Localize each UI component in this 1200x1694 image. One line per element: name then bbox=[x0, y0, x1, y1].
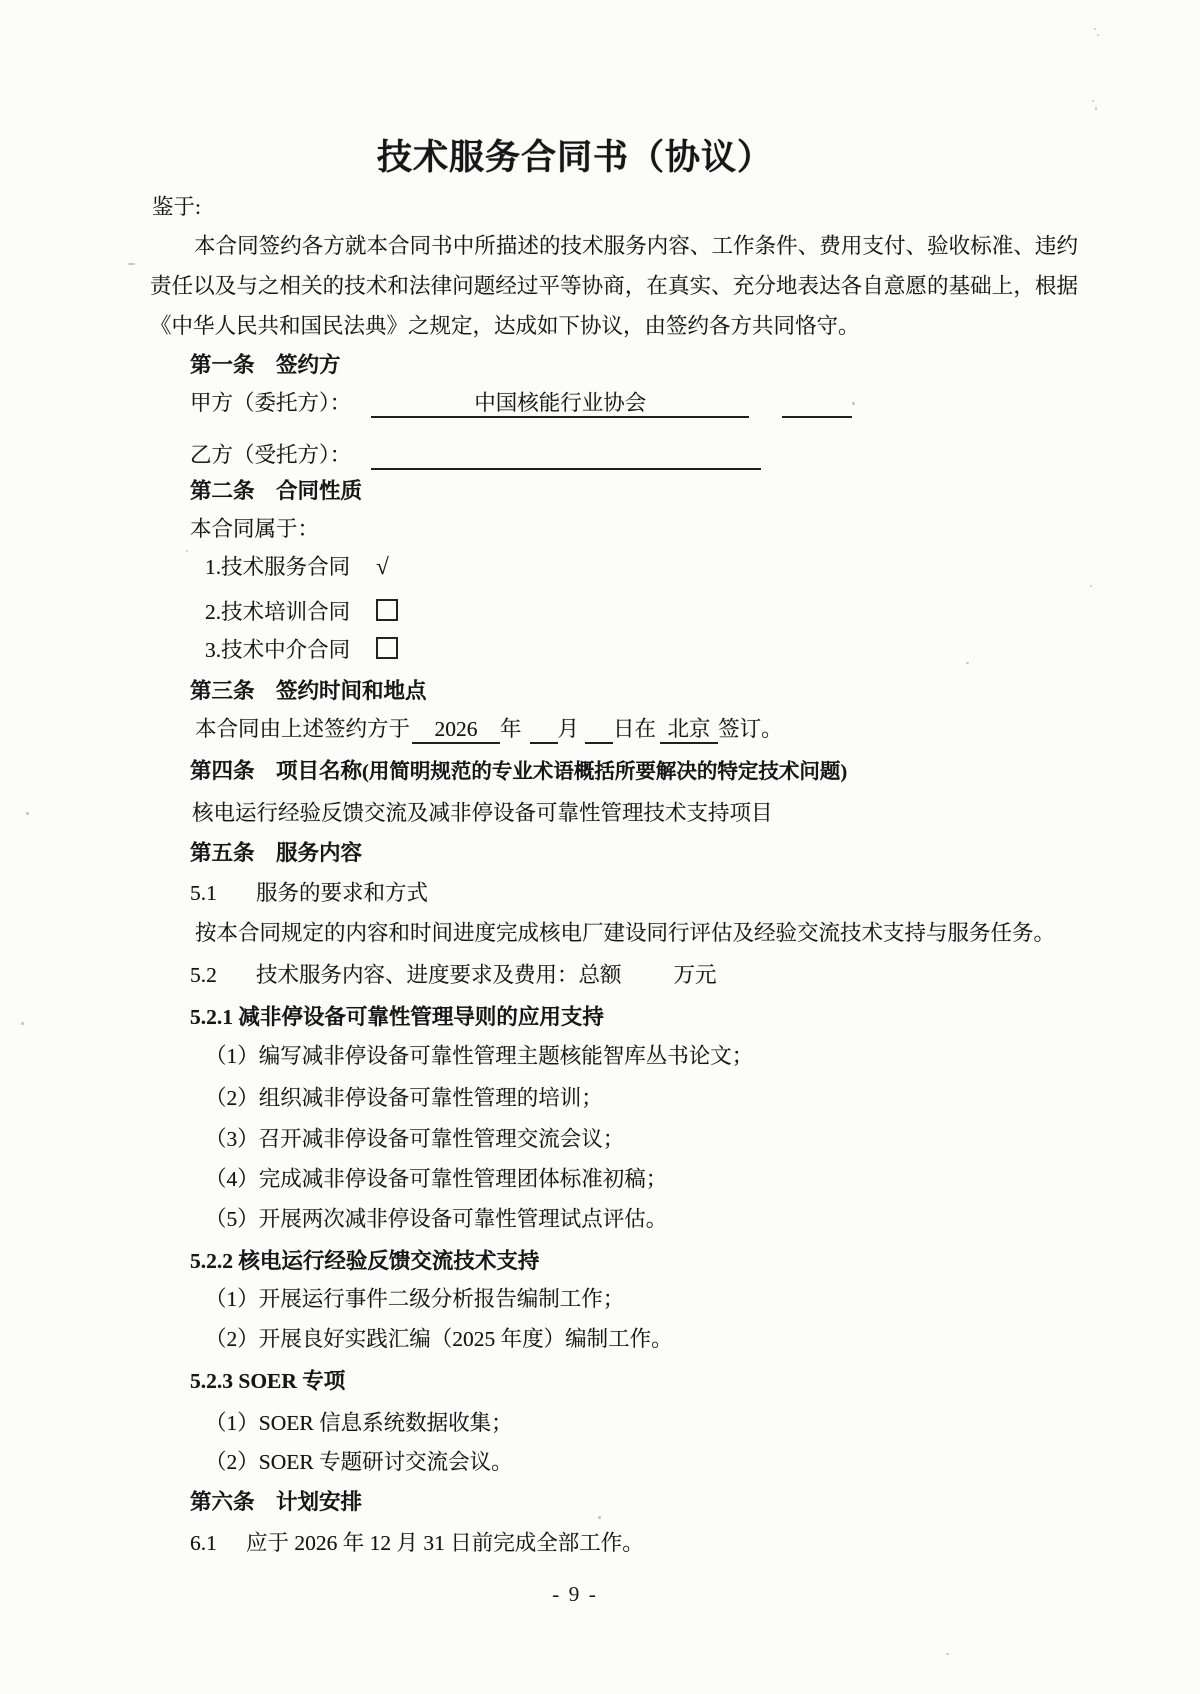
section-5-2-3-heading: 5.2.3 SOER 专项 bbox=[190, 1366, 345, 1396]
article4-heading: 第四条 项目名称 bbox=[190, 759, 362, 783]
amount-unit: 万元 bbox=[674, 963, 717, 987]
scan-speck bbox=[128, 263, 135, 265]
checkbox-icon bbox=[376, 637, 398, 659]
day-field bbox=[585, 714, 613, 744]
section-number: 5.1 bbox=[190, 878, 256, 908]
party-a-field-extra-line bbox=[782, 388, 852, 418]
list-item: （3）召开减非停设备可靠性管理交流会议； bbox=[205, 1124, 624, 1154]
scan-speck bbox=[1090, 585, 1092, 587]
scan-speck bbox=[1094, 28, 1096, 30]
section-5-2-1-heading: 5.2.1 减非停设备可靠性管理导则的应用支持 bbox=[190, 1002, 604, 1032]
article4-heading-note: (用简明规范的专业术语概括所要解决的特定技术问题) bbox=[362, 761, 847, 783]
option-label: 1.技术服务合同 bbox=[205, 555, 350, 579]
month-field bbox=[530, 714, 558, 744]
contract-type-option-3: 3.技术中介合同 bbox=[205, 635, 398, 665]
option-label: 2.技术培训合同 bbox=[205, 600, 350, 624]
section-text: 应于 2026 年 12 月 31 日前完成全部工作。 bbox=[246, 1531, 644, 1555]
list-item: （2）开展良好实践汇编（2025 年度）编制工作。 bbox=[205, 1324, 673, 1354]
section-5-1-row: 5.1服务的要求和方式 bbox=[190, 878, 428, 908]
article5-heading: 第五条 服务内容 bbox=[190, 838, 362, 868]
year-label: 年 bbox=[500, 717, 522, 741]
section-number: 5.2 bbox=[190, 960, 256, 990]
article4-heading-row: 第四条 项目名称(用简明规范的专业术语概括所要解决的特定技术问题) bbox=[190, 756, 847, 787]
list-item: （5）开展两次减非停设备可靠性管理试点评估。 bbox=[205, 1204, 667, 1234]
party-b-label: 乙方（受托方）： bbox=[190, 443, 351, 467]
checkbox-icon bbox=[376, 599, 398, 621]
scan-speck bbox=[852, 402, 855, 405]
party-a-field: 中国核能行业协会 bbox=[371, 388, 749, 418]
section-6-1-row: 6.1应于 2026 年 12 月 31 日前完成全部工作。 bbox=[190, 1528, 644, 1558]
place-field: 北京 bbox=[660, 714, 718, 744]
section-title: 服务的要求和方式 bbox=[256, 881, 428, 905]
scan-speck bbox=[21, 1022, 24, 1025]
party-a-value: 中国核能行业协会 bbox=[474, 391, 646, 415]
checkmark-icon: √ bbox=[376, 552, 389, 582]
contract-page-scan: 技术服务合同书（协议） 鉴于: 本合同签约各方就本合同书中所描述的技术服务内容、… bbox=[0, 0, 1200, 1694]
year-field: 2026 bbox=[412, 714, 500, 744]
list-item: （1）开展运行事件二级分析报告编制工作； bbox=[205, 1284, 624, 1314]
scan-speck bbox=[1095, 107, 1097, 110]
scan-speck bbox=[186, 550, 188, 552]
contract-type-option-2: 2.技术培训合同 bbox=[205, 597, 398, 627]
page-content: 技术服务合同书（协议） 鉴于: 本合同签约各方就本合同书中所描述的技术服务内容、… bbox=[0, 0, 1150, 1694]
signing-date-row: 本合同由上述签约方于2026年月日在北京签订。 bbox=[195, 714, 783, 744]
document-title: 技术服务合同书（协议） bbox=[0, 130, 1150, 180]
contract-type-option-1: 1.技术服务合同√ bbox=[205, 552, 389, 582]
list-item: （1）SOER 信息系统数据收集； bbox=[205, 1408, 513, 1438]
signing-date-suffix: 签订。 bbox=[718, 717, 783, 741]
day-label: 日在 bbox=[613, 717, 656, 741]
list-item: （2）SOER 专题研讨交流会议。 bbox=[205, 1447, 513, 1477]
list-item: （2）组织减非停设备可靠性管理的培训； bbox=[205, 1083, 603, 1113]
list-item: （1）编写减非停设备可靠性管理主题核能智库丛书论文； bbox=[205, 1041, 753, 1071]
preamble-paragraph: 本合同签约各方就本合同书中所描述的技术服务内容、工作条件、费用支付、验收标准、违… bbox=[150, 226, 1078, 346]
scan-speck bbox=[1097, 34, 1099, 36]
article1-heading: 第一条 签约方 bbox=[190, 350, 341, 380]
list-item: （4）完成减非停设备可靠性管理团体标准初稿； bbox=[205, 1164, 667, 1194]
party-a-row: 甲方（委托方）：中国核能行业协会 bbox=[190, 388, 852, 418]
party-b-field bbox=[371, 440, 761, 470]
section-number: 6.1 bbox=[190, 1528, 246, 1558]
whereas-label: 鉴于: bbox=[152, 192, 201, 222]
scan-speck bbox=[598, 1516, 601, 1519]
scan-speck bbox=[26, 812, 29, 815]
article2-heading: 第二条 合同性质 bbox=[190, 476, 362, 506]
page-number: - 9 - bbox=[0, 1582, 1150, 1607]
article3-heading: 第三条 签约时间和地点 bbox=[190, 676, 427, 706]
party-a-label: 甲方（委托方）： bbox=[190, 391, 351, 415]
section-5-2-row: 5.2技术服务内容、进度要求及费用：总额万元 bbox=[190, 960, 717, 990]
scan-speck bbox=[966, 662, 969, 664]
section-title: 技术服务内容、进度要求及费用：总额 bbox=[256, 963, 622, 987]
place-value: 北京 bbox=[668, 717, 711, 741]
option-label: 3.技术中介合同 bbox=[205, 638, 350, 662]
signing-date-prefix: 本合同由上述签约方于 bbox=[195, 717, 410, 741]
year-value: 2026 bbox=[435, 717, 478, 741]
scan-speck bbox=[1092, 100, 1094, 102]
section-5-1-body: 按本合同规定的内容和时间进度完成核电厂建设同行评估及经验交流技术支持与服务任务。 bbox=[195, 918, 1055, 948]
section-5-2-2-heading: 5.2.2 核电运行经验反馈交流技术支持 bbox=[190, 1246, 539, 1276]
project-name: 核电运行经验反馈交流及减非停设备可靠性管理技术支持项目 bbox=[192, 798, 773, 828]
party-b-row: 乙方（受托方）： bbox=[190, 440, 761, 470]
scan-speck bbox=[946, 1653, 949, 1655]
month-label: 月 bbox=[558, 717, 580, 741]
contract-type-intro: 本合同属于： bbox=[190, 514, 319, 544]
article6-heading: 第六条 计划安排 bbox=[190, 1487, 362, 1517]
